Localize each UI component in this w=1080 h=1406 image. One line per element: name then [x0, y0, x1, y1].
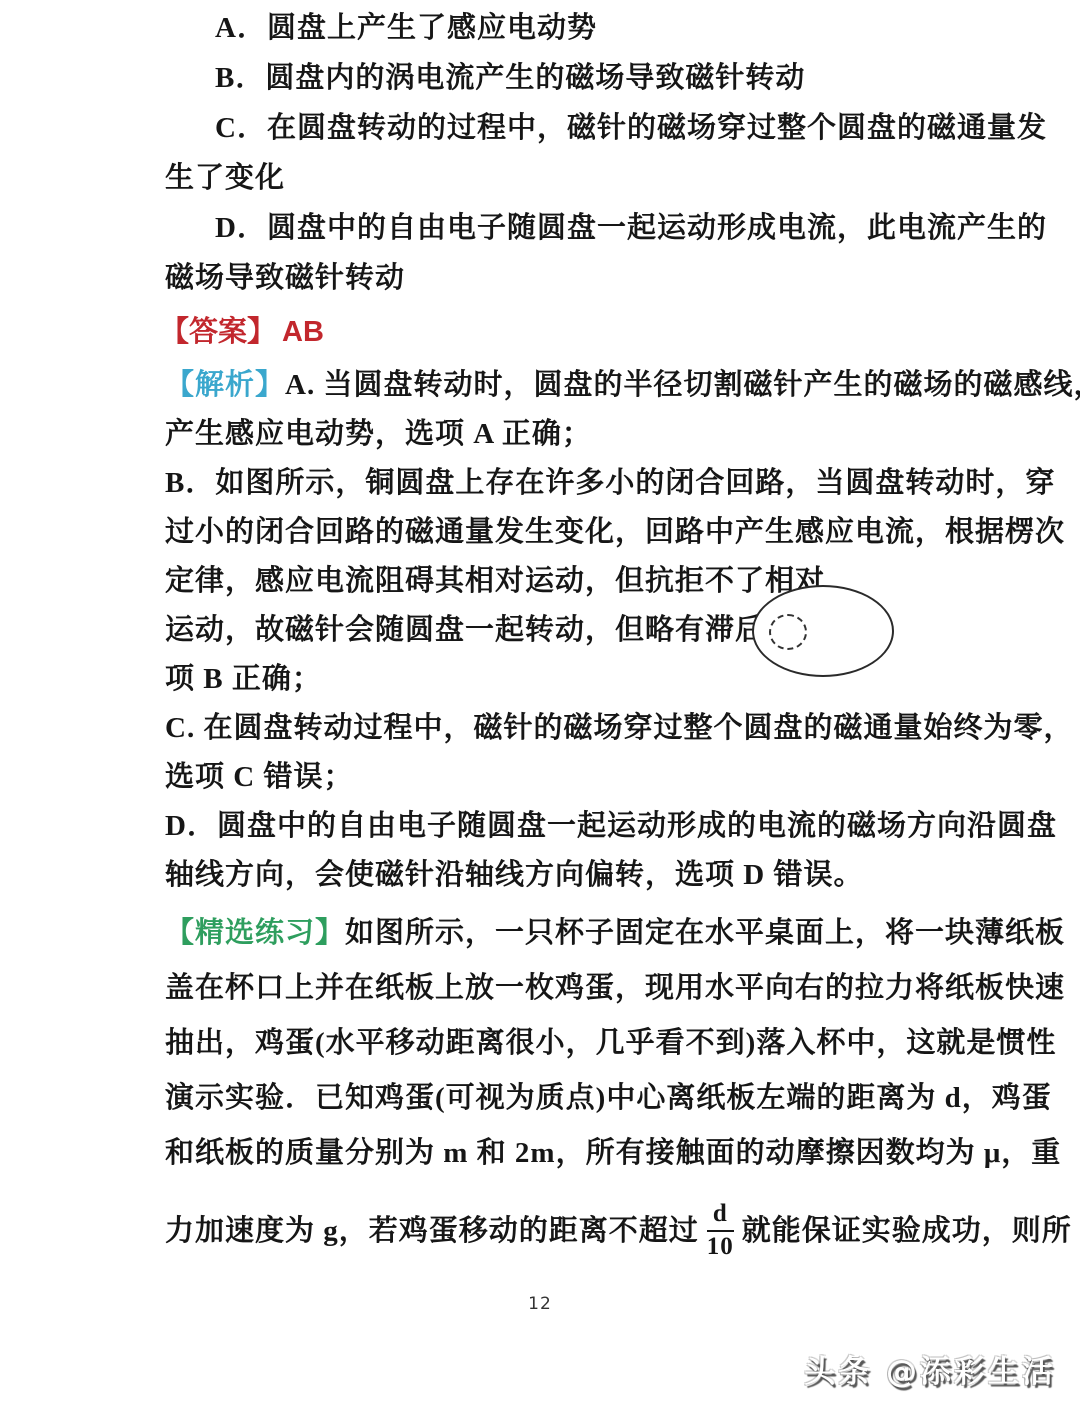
- option-line-c-wrap: 生了变化: [165, 153, 925, 203]
- loop-dashed-circle-icon: [769, 614, 807, 650]
- analysis-tag: 【解析】: [165, 369, 285, 401]
- watermark: 头条 @添彩生活: [804, 1346, 1056, 1391]
- analysis-line: D．圆盘中的自由电子随圆盘一起运动形成的电流的磁场方向沿圆盘: [165, 802, 925, 851]
- document-page: A．圆盘上产生了感应电动势 B．圆盘内的涡电流产生的磁场导致磁针转动 C．在圆盘…: [0, 0, 1080, 1406]
- analysis-lead-line: 【解析】A. 当圆盘转动时，圆盘的半径切割磁针产生的磁场的磁感线，: [165, 361, 925, 410]
- analysis-line: 轴线方向，会使磁针沿轴线方向偏转，选项 D 错误。: [165, 851, 925, 900]
- analysis-line: C. 在圆盘转动过程中，磁针的磁场穿过整个圆盘的磁通量始终为零，: [165, 704, 925, 753]
- question-options: A．圆盘上产生了感应电动势 B．圆盘内的涡电流产生的磁场导致磁针转动 C．在圆盘…: [165, 3, 925, 303]
- answer-line: 【答案】AB: [160, 307, 324, 357]
- exercise-tag: 【精选练习】: [165, 917, 345, 949]
- page-number: 12: [0, 1294, 1080, 1314]
- exercise-line: 和纸板的质量分别为 m 和 2m，所有接触面的动摩擦因数均为 μ，重: [165, 1126, 945, 1181]
- exercise-line: 演示实验．已知鸡蛋(可视为质点)中心离纸板左端的距离为 d，鸡蛋: [165, 1071, 945, 1126]
- exercise-fraction-line: 力加速度为 g，若鸡蛋移动的距离不超过 d 10 就能保证实验成功，则所: [165, 1195, 945, 1267]
- analysis-line: 选项 C 错误；: [165, 753, 925, 802]
- exercise-lead-text: 如图所示，一只杯子固定在水平桌面上，将一块薄纸板: [345, 917, 1065, 949]
- option-line-d-wrap: 磁场导致磁针转动: [165, 253, 925, 303]
- exercise-line: 抽出，鸡蛋(水平移动距离很小，几乎看不到)落入杯中，这就是惯性: [165, 1016, 945, 1071]
- disk-figure: [752, 585, 894, 677]
- analysis-lead-text: A. 当圆盘转动时，圆盘的半径切割磁针产生的磁场的磁感线，: [285, 369, 1080, 401]
- exercise-line: 盖在杯口上并在纸板上放一枚鸡蛋，现用水平向右的拉力将纸板快速: [165, 961, 945, 1016]
- fraction-d-over-10: d 10: [707, 1200, 734, 1262]
- answer-tag: 【答案】: [160, 316, 276, 348]
- fraction-line-after: 就能保证实验成功，则所: [742, 1204, 1072, 1259]
- fraction-numerator: d: [707, 1200, 734, 1232]
- option-line-d: D．圆盘中的自由电子随圆盘一起运动形成电流，此电流产生的: [165, 203, 925, 253]
- fraction-line-before: 力加速度为 g，若鸡蛋移动的距离不超过: [165, 1204, 699, 1259]
- option-line-c: C．在圆盘转动的过程中，磁针的磁场穿过整个圆盘的磁通量发: [165, 103, 925, 153]
- option-line-b: B．圆盘内的涡电流产生的磁场导致磁针转动: [165, 53, 925, 103]
- option-line-a: A．圆盘上产生了感应电动势: [165, 3, 925, 53]
- analysis-line: 产生感应电动势，选项 A 正确；: [165, 410, 925, 459]
- analysis-line: B．如图所示，铜圆盘上存在许多小的闭合回路，当圆盘转动时，穿: [165, 459, 925, 508]
- exercise-section: 【精选练习】如图所示，一只杯子固定在水平桌面上，将一块薄纸板 盖在杯口上并在纸板…: [165, 906, 945, 1267]
- exercise-lead-line: 【精选练习】如图所示，一只杯子固定在水平桌面上，将一块薄纸板: [165, 906, 945, 961]
- answer-value: AB: [282, 316, 324, 348]
- fraction-denominator: 10: [707, 1232, 734, 1262]
- analysis-line: 过小的闭合回路的磁通量发生变化，回路中产生感应电流，根据楞次: [165, 508, 925, 557]
